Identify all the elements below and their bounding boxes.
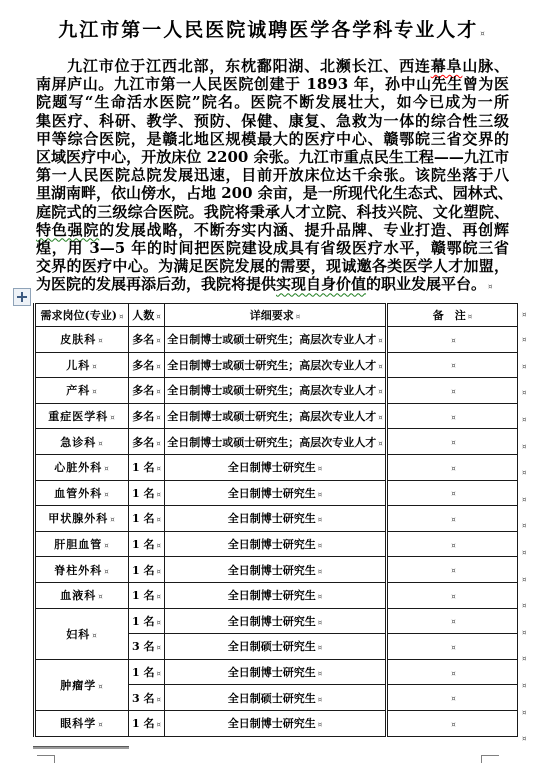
table-row: 脊柱外科¤1 名¤全日制博士研究生¤¤ [35,557,518,583]
margin-corner-right-icon [481,755,499,763]
end-of-row-mark: ¤ [520,433,534,460]
end-of-cell-mark: ¤ [451,644,455,652]
end-of-cell-mark: ¤ [522,311,526,319]
end-of-row-mark: ¤ [520,513,534,540]
table-row: 肝胆血管¤1 名¤全日制博士研究生¤¤ [35,531,518,557]
end-of-cell-mark: ¤ [451,414,455,422]
end-of-cell-mark: ¤ [157,644,161,652]
margin-corner-left-icon [37,755,55,763]
note-cell[interactable]: ¤ [387,429,518,455]
count-cell[interactable]: 多名¤ [129,327,165,353]
end-of-row-mark: ¤ [520,540,534,567]
table-row: 甲状腺外科¤1 名¤全日制博士研究生¤¤ [35,506,518,532]
paragraph-line[interactable]: 里湖南畔，依山傍水，占地 200 余亩，是一所现代化生态式、园林式、 [36,184,509,202]
count-cell[interactable]: 1 名¤ [129,710,165,736]
table-row: 眼科学¤1 名¤全日制博士研究生¤¤ [35,710,518,736]
end-of-row-mark: ¤ [520,327,534,354]
end-of-cell-mark: ¤ [318,542,322,550]
note-cell[interactable]: ¤ [387,506,518,532]
end-of-cell-mark: ¤ [522,522,526,530]
req-cell[interactable]: 全日制博士或硕士研究生；高层次专业人才¤ [165,429,387,455]
end-of-cell-mark: ¤ [522,389,526,397]
end-of-cell-mark: ¤ [92,388,97,396]
paragraph-line[interactable]: 第一人民医院总院发展迅速，目前开放床位达千余张。该院坐落于八 [36,166,509,184]
count-cell[interactable]: 1 名¤ [129,480,165,506]
req-cell[interactable]: 全日制硕士研究生¤ [165,685,387,711]
table-row: 血液科¤1 名¤全日制博士研究生¤¤ [35,582,518,608]
req-cell[interactable]: 全日制博士研究生¤ [165,582,387,608]
word-document-page: 九江市第一人民医院诚聘医学各学科专业人才¤ 九江市位于江西北部，东枕鄱阳湖、北濒… [0,0,543,764]
note-cell[interactable]: ¤ [387,480,518,506]
count-cell[interactable]: 多名¤ [129,352,165,378]
end-of-cell-mark: ¤ [296,313,300,321]
recruitment-table-body: 需求岗位(专业)¤人数¤详细要求¤备 注¤皮肤科¤多名¤全日制博士或硕士研究生；… [35,304,518,737]
note-cell[interactable]: ¤ [387,557,518,583]
end-of-cell-mark: ¤ [522,416,526,424]
end-of-row-mark: ¤ [520,407,534,434]
end-of-cell-mark: ¤ [522,336,526,344]
end-of-cell-mark: ¤ [318,568,322,576]
end-of-row-mark: ¤ [520,460,534,487]
count-cell[interactable]: 3 名¤ [129,685,165,711]
end-of-cell-mark: ¤ [451,542,455,550]
req-cell[interactable]: 全日制博士研究生¤ [165,454,387,480]
table-row: 产科¤多名¤全日制博士或硕士研究生；高层次专业人才¤¤ [35,378,518,404]
spellcheck-green-underline: 实现自身价值 [276,275,366,293]
count-cell[interactable]: 1 名¤ [129,531,165,557]
end-of-cell-mark: ¤ [98,440,103,448]
end-of-cell-mark: ¤ [522,709,526,717]
end-of-cell-mark: ¤ [156,414,160,422]
dept-cell[interactable]: 脊柱外科¤ [35,557,129,583]
end-of-cell-mark: ¤ [378,337,382,345]
table-row: 心脏外科¤1 名¤全日制博士研究生¤¤ [35,454,518,480]
table-row: 急诊科¤多名¤全日制博士或硕士研究生；高层次专业人才¤¤ [35,429,518,455]
end-of-row-mark: ¤ [520,593,534,620]
note-cell[interactable]: ¤ [387,634,518,660]
count-cell[interactable]: 1 名¤ [129,506,165,532]
end-of-cell-mark: ¤ [522,682,526,690]
end-of-cell-mark: ¤ [522,469,526,477]
end-of-row-mark: ¤ [520,487,534,514]
end-of-cell-mark: ¤ [522,549,526,557]
note-cell[interactable]: ¤ [387,352,518,378]
end-of-cell-mark: ¤ [156,313,160,321]
end-of-cell-mark: ¤ [110,516,115,524]
note-cell[interactable]: ¤ [387,378,518,404]
paragraph-line[interactable]: 为医院的发展再添后劲，我院将提供实现自身价值的职业发展平台。¤ [36,275,509,293]
end-of-cell-mark: ¤ [451,721,455,729]
spellcheck-green-underline: 特色强院 [36,221,99,239]
row-end-marks: ¤¤¤¤¤¤¤¤¤¤¤¤¤¤¤¤¤ [520,303,534,753]
dept-cell[interactable]: 儿科¤ [35,352,129,378]
end-of-cell-mark: ¤ [98,337,103,345]
req-cell[interactable]: 全日制博士或硕士研究生；高层次专业人才¤ [165,327,387,353]
move-icon [21,292,23,302]
table-bottom-divider [33,746,129,749]
table-row: 重症医学科¤多名¤全日制博士或硕士研究生；高层次专业人才¤¤ [35,403,518,429]
table-header-row: 需求岗位(专业)¤人数¤详细要求¤备 注¤ [35,304,518,327]
paragraph-line[interactable]: 特色强院的发展战略，不断夯实内涵、提升品牌、专业打造、再创辉 [36,221,509,239]
count-cell[interactable]: 3 名¤ [129,634,165,660]
end-of-cell-mark: ¤ [318,670,322,678]
end-of-cell-mark: ¤ [156,388,160,396]
note-cell[interactable]: ¤ [387,403,518,429]
end-of-row-mark: ¤ [520,646,534,673]
end-of-cell-mark: ¤ [110,414,115,422]
end-of-cell-mark: ¤ [318,516,322,524]
body-paragraph[interactable]: 九江市位于江西北部，东枕鄱阳湖、北濒长江、西连幕阜山脉、南屏庐山。九江市第一人民… [36,57,509,293]
end-of-cell-mark: ¤ [318,593,322,601]
end-of-cell-mark: ¤ [451,567,455,575]
end-of-cell-mark: ¤ [157,670,161,678]
req-cell[interactable]: 全日制硕士研究生¤ [165,634,387,660]
note-cell[interactable]: ¤ [387,582,518,608]
page-title: 九江市第一人民医院诚聘医学各学科专业人才 [58,19,478,41]
note-cell[interactable]: ¤ [387,608,518,634]
end-of-row-mark: ¤ [520,380,534,407]
end-of-cell-mark: ¤ [157,619,161,627]
req-cell[interactable]: 全日制博士或硕士研究生；高层次专业人才¤ [165,352,387,378]
end-of-cell-mark: ¤ [98,721,103,729]
table-row: 妇科¤1 名¤全日制博士研究生¤¤ [35,608,518,634]
end-of-cell-mark: ¤ [451,618,455,626]
count-cell[interactable]: 1 名¤ [129,582,165,608]
column-header[interactable]: 需求岗位(专业)¤ [35,304,129,327]
column-header[interactable]: 备 注¤ [387,304,518,327]
end-of-cell-mark: ¤ [378,440,382,448]
table-row: 儿科¤多名¤全日制博士或硕士研究生；高层次专业人才¤¤ [35,352,518,378]
req-cell[interactable]: 全日制博士研究生¤ [165,480,387,506]
count-cell[interactable]: 1 名¤ [129,608,165,634]
paragraph-line[interactable]: 区域医疗中心，开放床位 2200 余张。九江市重点民生工程——九江市 [36,148,509,166]
end-of-cell-mark: ¤ [98,593,103,601]
count-cell[interactable]: 1 名¤ [129,557,165,583]
req-cell[interactable]: 全日制博士或硕士研究生；高层次专业人才¤ [165,403,387,429]
paragraph-line[interactable]: 煌，用 3—5 年的时间把医院建设成具有省级医疗水平，赣鄂皖三省 [36,239,509,257]
req-cell[interactable]: 全日制博士研究生¤ [165,506,387,532]
paragraph-line[interactable]: 交界的医疗中心。为满足医院发展的需要，现诚邀各类医学人才加盟， [36,257,509,275]
end-of-cell-mark: ¤ [157,721,161,729]
end-of-cell-mark: ¤ [104,542,109,550]
paragraph-line[interactable]: 甲等综合医院，是赣北地区规模最大的医疗中心、赣鄂皖三省交界的 [36,130,509,148]
end-of-cell-mark: ¤ [451,388,455,396]
note-cell[interactable]: ¤ [387,454,518,480]
end-of-cell-mark: ¤ [318,491,322,499]
dept-cell[interactable]: 心脏外科¤ [35,454,129,480]
dept-cell[interactable]: 甲状腺外科¤ [35,506,129,532]
end-of-cell-mark: ¤ [318,721,322,729]
count-cell[interactable]: 1 名¤ [129,454,165,480]
end-of-cell-mark: ¤ [157,593,161,601]
count-cell[interactable]: 多名¤ [129,403,165,429]
end-of-cell-mark: ¤ [451,490,455,498]
paragraph-line[interactable]: 九江市位于江西北部，东枕鄱阳湖、北濒长江、西连幕阜山脉、 [36,57,509,75]
end-of-cell-mark: ¤ [468,313,472,321]
dept-cell[interactable]: 妇科¤ [35,608,129,659]
req-cell[interactable]: 全日制博士研究生¤ [165,608,387,634]
end-of-cell-mark: ¤ [488,283,492,291]
end-of-cell-mark: ¤ [522,629,526,637]
end-of-row-mark: ¤ [520,566,534,593]
count-cell[interactable]: 多名¤ [129,378,165,404]
end-of-row-mark: ¤ [520,726,534,753]
note-cell[interactable]: ¤ [387,659,518,685]
req-cell[interactable]: 全日制博士研究生¤ [165,531,387,557]
recruitment-table-wrap: 需求岗位(专业)¤人数¤详细要求¤备 注¤皮肤科¤多名¤全日制博士或硕士研究生；… [33,303,518,737]
end-of-cell-mark: ¤ [98,683,103,691]
end-of-row-mark: ¤ [520,354,534,381]
paragraph-line[interactable]: 集医疗、科研、教学、预防、保健、康复、急救为一体的综合性三级 [36,112,509,130]
end-of-cell-mark: ¤ [157,516,161,524]
end-of-cell-mark: ¤ [157,568,161,576]
end-of-cell-mark: ¤ [378,388,382,396]
table-row: 肿瘤学¤1 名¤全日制博士研究生¤¤ [35,659,518,685]
end-of-cell-mark: ¤ [522,735,526,743]
column-header[interactable]: 详细要求¤ [165,304,387,327]
end-of-cell-mark: ¤ [522,496,526,504]
req-cell[interactable]: 全日制博士研究生¤ [165,659,387,685]
end-of-cell-mark: ¤ [156,440,160,448]
end-of-cell-mark: ¤ [157,465,161,473]
req-cell[interactable]: 全日制博士研究生¤ [165,557,387,583]
end-of-cell-mark: ¤ [451,337,455,345]
end-of-cell-mark: ¤ [451,593,455,601]
end-of-cell-mark: ¤ [318,696,322,704]
end-of-cell-mark: ¤ [318,619,322,627]
req-cell[interactable]: 全日制博士或硕士研究生；高层次专业人才¤ [165,378,387,404]
dept-cell[interactable]: 产科¤ [35,378,129,404]
end-of-cell-mark: ¤ [451,465,455,473]
end-of-row-mark: ¤ [520,699,534,726]
column-header[interactable]: 人数¤ [129,304,165,327]
note-cell[interactable]: ¤ [387,710,518,736]
end-of-cell-mark: ¤ [451,516,455,524]
end-of-cell-mark: ¤ [157,491,161,499]
end-of-cell-mark: ¤ [104,568,109,576]
end-of-cell-mark: ¤ [318,465,322,473]
spellcheck-red-underline: 幕阜 [431,57,463,75]
table-row: 皮肤科¤多名¤全日制博士或硕士研究生；高层次专业人才¤¤ [35,327,518,353]
end-of-cell-mark: ¤ [157,696,161,704]
end-of-cell-mark: ¤ [522,602,526,610]
dept-cell[interactable]: 血管外科¤ [35,480,129,506]
end-of-cell-mark: ¤ [92,632,97,640]
end-of-cell-mark: ¤ [451,670,455,678]
end-of-cell-mark: ¤ [318,644,322,652]
end-of-cell-mark: ¤ [451,362,455,370]
end-of-row-mark: ¤ [520,673,534,700]
note-cell[interactable]: ¤ [387,531,518,557]
end-of-cell-mark: ¤ [522,443,526,451]
dept-cell[interactable]: 肿瘤学¤ [35,659,129,710]
end-of-cell-mark: ¤ [119,313,123,321]
end-of-cell-mark: ¤ [156,337,160,345]
end-of-cell-mark: ¤ [157,542,161,550]
end-of-row-mark: ¤ [520,303,534,327]
end-of-cell-mark: ¤ [104,465,109,473]
count-cell[interactable]: 多名¤ [129,429,165,455]
dept-cell[interactable]: 眼科学¤ [35,710,129,736]
table-move-handle[interactable] [13,288,31,306]
paragraph-line[interactable]: 院题写“生命活水医院”院名。医院不断发展壮大，如今已成为一所 [36,93,509,111]
end-of-cell-mark: ¤ [522,576,526,584]
end-of-cell-mark: ¤ [522,363,526,371]
end-of-cell-mark: ¤ [378,414,382,422]
note-cell[interactable]: ¤ [387,327,518,353]
dept-cell[interactable]: 皮肤科¤ [35,327,129,353]
end-of-cell-mark: ¤ [522,655,526,663]
end-of-cell-mark: ¤ [451,439,455,447]
recruitment-table[interactable]: 需求岗位(专业)¤人数¤详细要求¤备 注¤皮肤科¤多名¤全日制博士或硕士研究生；… [33,303,518,737]
paragraph-line[interactable]: 庭院式的三级综合医院。我院将秉承人才立院、科技兴院、文化塑院、 [36,203,509,221]
end-of-cell-mark: ¤ [104,491,109,499]
end-of-cell-mark: ¤ [92,363,97,371]
end-of-row-mark: ¤ [520,620,534,647]
req-cell[interactable]: 全日制博士研究生¤ [165,710,387,736]
note-cell[interactable]: ¤ [387,685,518,711]
dept-cell[interactable]: 血液科¤ [35,582,129,608]
count-cell[interactable]: 1 名¤ [129,659,165,685]
document-title-line[interactable]: 九江市第一人民医院诚聘医学各学科专业人才¤ [34,15,511,42]
dept-cell[interactable]: 重症医学科¤ [35,403,129,429]
table-row: 血管外科¤1 名¤全日制博士研究生¤¤ [35,480,518,506]
dept-cell[interactable]: 肝胆血管¤ [35,531,129,557]
end-of-cell-mark: ¤ [156,363,160,371]
paragraph-line[interactable]: 南屏庐山。九江市第一人民医院创建于 1893 年，孙中山先生曾为医 [36,75,509,93]
end-of-cell-mark: ¤ [451,695,455,703]
paragraph-mark: ¤ [480,30,486,38]
end-of-cell-mark: ¤ [378,363,382,371]
dept-cell[interactable]: 急诊科¤ [35,429,129,455]
